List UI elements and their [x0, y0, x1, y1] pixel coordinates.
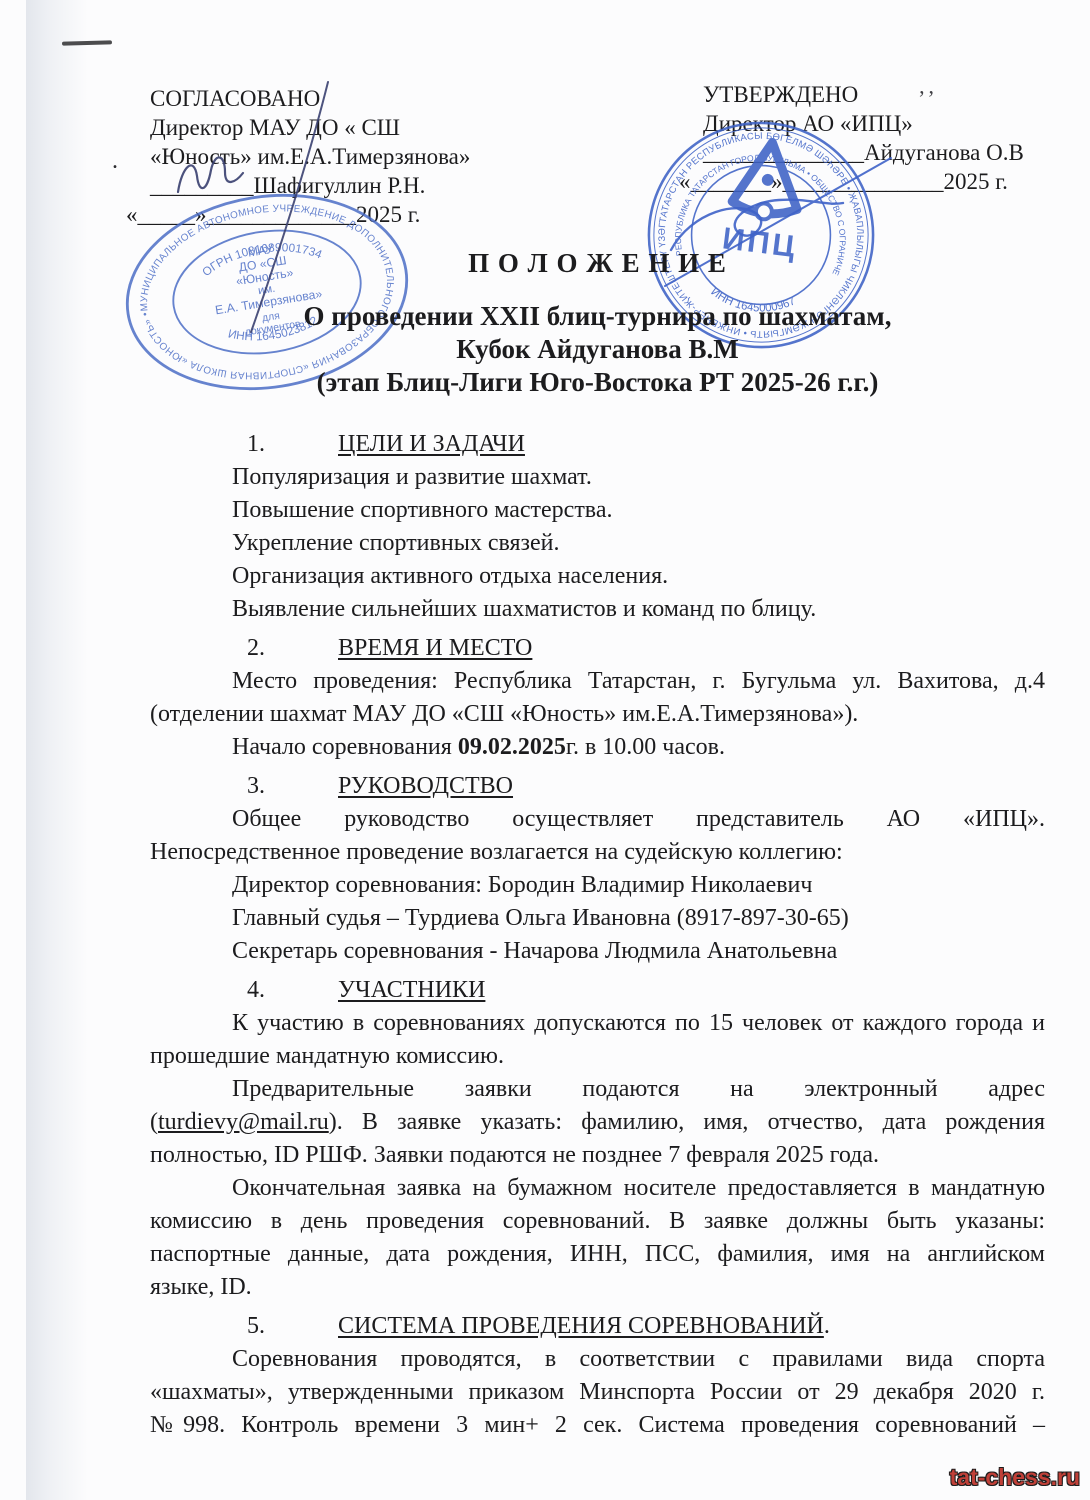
text-run: Повышение спортивного мастерства.: [232, 497, 612, 523]
approved-block: УТВЕРЖДЕНО Директор АО «ИПЦ» ___________…: [703, 80, 1073, 196]
text-line: Директор соревнования: Бородин Владимир …: [150, 869, 1045, 902]
scan-dot-artifact: .: [112, 148, 118, 175]
section-heading: 4.УЧАСТНИКИ: [150, 974, 1045, 1007]
text-line: языке, ID.: [150, 1271, 1045, 1304]
text-run: Секретарь соревнования - Начарова Людмил…: [232, 938, 837, 964]
subtitle-line: О проведении XXII блиц-турнира по шахмат…: [150, 300, 1045, 333]
document-title: П О Л О Ж Е Н И Е: [150, 248, 1045, 279]
text-run: Соревнования проводятся, в соответствии …: [232, 1346, 1045, 1372]
subtitle-line: (этап Блиц-Лиги Юго-Востока РТ 2025-26 г…: [150, 366, 1045, 399]
approved-date-line: «_______»______________2025 г.: [679, 167, 1073, 196]
text-run: полностью, ID РШФ. Заявки подаются не по…: [150, 1142, 879, 1168]
text-line: Главный судья – Турдиева Ольга Ивановна …: [150, 902, 1045, 935]
subtitle-line: Кубок Айдуганова В.М: [150, 333, 1045, 366]
text-line: Организация активного отдыха населения.: [150, 560, 1045, 593]
text-run: Выявление сильнейших шахматистов и коман…: [232, 596, 816, 622]
agreed-org: «Юность» им.Е.А.Тимерзянова»: [150, 142, 630, 171]
text-run: Популяризация и развитие шахмат.: [232, 464, 592, 490]
section-title: СИСТЕМА ПРОВЕДЕНИЯ СОРЕВНОВАНИЙ: [338, 1313, 824, 1339]
section-heading: 2.ВРЕМЯ И МЕСТО: [150, 632, 1045, 665]
text-run: Общее руководство осуществляет представи…: [232, 806, 1045, 832]
text-line: Непосредственное проведение возлагается …: [150, 836, 1045, 869]
section-title: ВРЕМЯ И МЕСТО: [338, 635, 532, 661]
text-run: Окончательная заявка на бумажном носител…: [232, 1175, 1045, 1201]
text-line: Окончательная заявка на бумажном носител…: [150, 1172, 1045, 1205]
text-run: Директор соревнования: Бородин Владимир …: [232, 872, 812, 898]
text-line: полностью, ID РШФ. Заявки подаются не по…: [150, 1139, 1045, 1172]
text-line: комиссию в день проведения соревнований.…: [150, 1205, 1045, 1238]
approved-signature-line: ______________Айдуганова О.В: [703, 138, 1073, 167]
text-run: языке, ID.: [150, 1274, 252, 1300]
text-run: 09.02.2025: [458, 734, 566, 760]
text-line: паспортные данные, дата рождения, ИНН, П…: [150, 1238, 1045, 1271]
text-line: К участию в соревнованиях допускаются по…: [150, 1007, 1045, 1040]
text-run: Непосредственное проведение возлагается …: [150, 839, 843, 865]
text-run: комиссию в день проведения соревнований.…: [150, 1208, 1045, 1234]
agreed-signature-line: _________Шафигуллин Р.Н.: [150, 171, 630, 200]
section-heading: 1.ЦЕЛИ И ЗАДАЧИ: [150, 428, 1045, 461]
text-run: паспортные данные, дата рождения, ИНН, П…: [150, 1241, 1045, 1267]
section-title: УЧАСТНИКИ: [338, 977, 485, 1003]
agreed-block: СОГЛАСОВАНО Директор МАУ ДО « СШ «Юность…: [150, 84, 630, 229]
document-body: 1.ЦЕЛИ И ЗАДАЧИПопуляризация и развитие …: [150, 422, 1045, 1442]
section-number: 5.: [247, 1310, 338, 1343]
text-line: Начало соревнования 09.02.2025г. в 10.00…: [150, 731, 1045, 764]
document-subtitle: О проведении XXII блиц-турнира по шахмат…: [150, 300, 1045, 399]
text-run: №998. Контроль времени 3 мин+ 2 сек. Сис…: [150, 1412, 1045, 1438]
section-heading-suffix: .: [824, 1313, 830, 1339]
text-line: Укрепление спортивных связей.: [150, 527, 1045, 560]
text-line: Предварительные заявки подаются на элект…: [150, 1073, 1045, 1106]
text-line: «шахматы», утвержденными приказом Минспо…: [150, 1376, 1045, 1409]
text-line: (отделении шахмат МАУ ДО «СШ «Юность» им…: [150, 698, 1045, 731]
section-title: ЦЕЛИ И ЗАДАЧИ: [338, 431, 525, 457]
text-line: Общее руководство осуществляет представи…: [150, 803, 1045, 836]
text-line: Соревнования проводятся, в соответствии …: [150, 1343, 1045, 1376]
text-run: (: [150, 1109, 158, 1135]
text-run: Главный судья – Турдиева Ольга Ивановна …: [232, 905, 849, 931]
section-title: РУКОВОДСТВО: [338, 773, 513, 799]
scanned-document-page: ʼʼ . СОГЛАСОВАНО Директор МАУ ДО « СШ «Ю…: [0, 0, 1090, 1500]
section-number: 1.: [247, 428, 338, 461]
agreed-date-line: «_____»_____________2025 г.: [126, 200, 630, 229]
text-line: Популяризация и развитие шахмат.: [150, 461, 1045, 494]
text-run: (отделении шахмат МАУ ДО «СШ «Юность» им…: [150, 701, 858, 727]
text-run: ). В заявке указать: фамилию, имя, отчес…: [329, 1109, 1045, 1135]
approved-director: Директор АО «ИПЦ»: [703, 109, 1073, 138]
text-line: Повышение спортивного мастерства.: [150, 494, 1045, 527]
text-line: (turdievy@mail.ru). В заявке указать: фа…: [150, 1106, 1045, 1139]
text-line: прошедшие мандатную комиссию.: [150, 1040, 1045, 1073]
text-run: «шахматы», утвержденными приказом Минспо…: [150, 1379, 1045, 1405]
section-number: 4.: [247, 974, 338, 1007]
section-heading: 5.СИСТЕМА ПРОВЕДЕНИЯ СОРЕВНОВАНИЙ.: [150, 1310, 1045, 1343]
text-run: К участию в соревнованиях допускаются по…: [232, 1010, 1045, 1036]
text-run: Начало соревнования: [232, 734, 458, 760]
text-line: №998. Контроль времени 3 мин+ 2 сек. Сис…: [150, 1409, 1045, 1442]
agreed-label: СОГЛАСОВАНО: [150, 84, 630, 113]
text-run: Предварительные заявки подаются на элект…: [232, 1076, 1045, 1102]
text-run: Укрепление спортивных связей.: [232, 530, 560, 556]
text-run: г. в 10.00 часов.: [566, 734, 725, 760]
agreed-director: Директор МАУ ДО « СШ: [150, 113, 630, 142]
text-run: Организация активного отдыха населения.: [232, 563, 668, 589]
seal-center-line: им.: [257, 283, 276, 298]
text-run: прошедшие мандатную комиссию.: [150, 1043, 504, 1069]
section-number: 2.: [247, 632, 338, 665]
watermark: tat-chess.ru: [950, 1464, 1080, 1491]
text-line: Место проведения: Республика Татарстан, …: [150, 665, 1045, 698]
email-text: turdievy@mail.ru: [158, 1109, 329, 1135]
text-line: Секретарь соревнования - Начарова Людмил…: [150, 935, 1045, 968]
text-run: Место проведения: Республика Татарстан, …: [232, 668, 1045, 694]
scan-edge-shadow: [26, 0, 88, 1500]
corner-dash-mark: [62, 40, 112, 45]
approved-label: УТВЕРЖДЕНО: [703, 80, 1073, 109]
section-number: 3.: [247, 770, 338, 803]
text-line: Выявление сильнейших шахматистов и коман…: [150, 593, 1045, 626]
section-heading: 3.РУКОВОДСТВО: [150, 770, 1045, 803]
